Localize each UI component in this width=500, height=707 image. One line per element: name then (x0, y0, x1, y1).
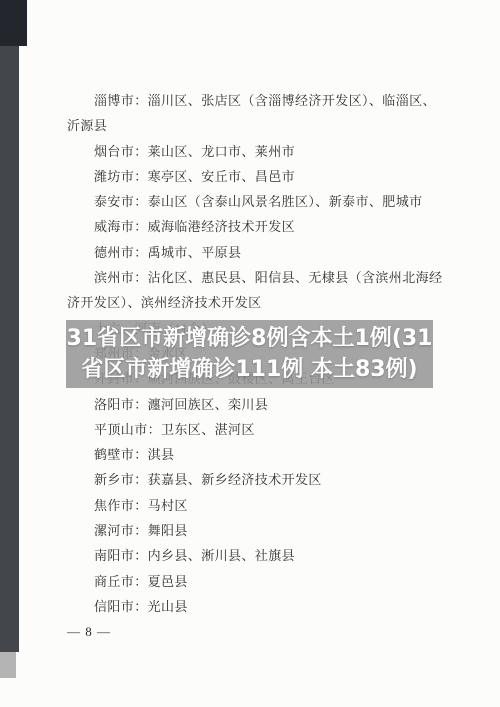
doc-line: 漯河市：舞阳县 (67, 518, 500, 543)
banner-title-line-2: 省区市新增确诊111例 本土83例) (81, 354, 417, 385)
scan-edge-tail (0, 652, 16, 678)
banner-title-line-1: 31省区市新增确诊8例含本土1例(31 (67, 323, 433, 354)
doc-line: 商丘市：夏邑县 (67, 569, 500, 594)
doc-line: 平顶山市：卫东区、湛河区 (67, 417, 500, 442)
doc-line: 新乡市：获嘉县、新乡经济技术开发区 (67, 467, 500, 492)
doc-line: 德州市：禹城市、平原县 (67, 240, 500, 265)
doc-line: 南阳市：内乡县、淅川县、社旗县 (67, 543, 500, 568)
doc-line: 沂源县 (67, 113, 500, 138)
doc-line: 焦作市：马村区 (67, 493, 500, 518)
page-number: — 8 — (67, 619, 500, 644)
doc-line: 鹤壁市：淇县 (67, 442, 500, 467)
doc-line: 烟台市：莱山区、龙口市、莱州市 (67, 139, 500, 164)
headline-overlay-banner[interactable]: 31省区市新增确诊8例含本土1例(31 省区市新增确诊111例 本土83例) (66, 320, 433, 388)
doc-line: 威海市：威海临港经济技术开发区 (67, 214, 500, 239)
doc-line: 泰安市：泰山区（含泰山风景名胜区）、新泰市、肥城市 (67, 189, 500, 214)
doc-line: 潍坊市：寒亭区、安丘市、昌邑市 (67, 164, 500, 189)
doc-line: 洛阳市：瀍河回族区、栾川县 (67, 392, 500, 417)
doc-line: 淄博市：淄川区、张店区（含淄博经济开发区）、临淄区、 (67, 88, 500, 113)
doc-line: 信阳市：光山县 (67, 594, 500, 619)
doc-line: 济开发区）、滨州经济技术开发区 (67, 290, 500, 315)
doc-line: 滨州市：沾化区、惠民县、阳信县、无棣县（含滨州北海经 (67, 265, 500, 290)
